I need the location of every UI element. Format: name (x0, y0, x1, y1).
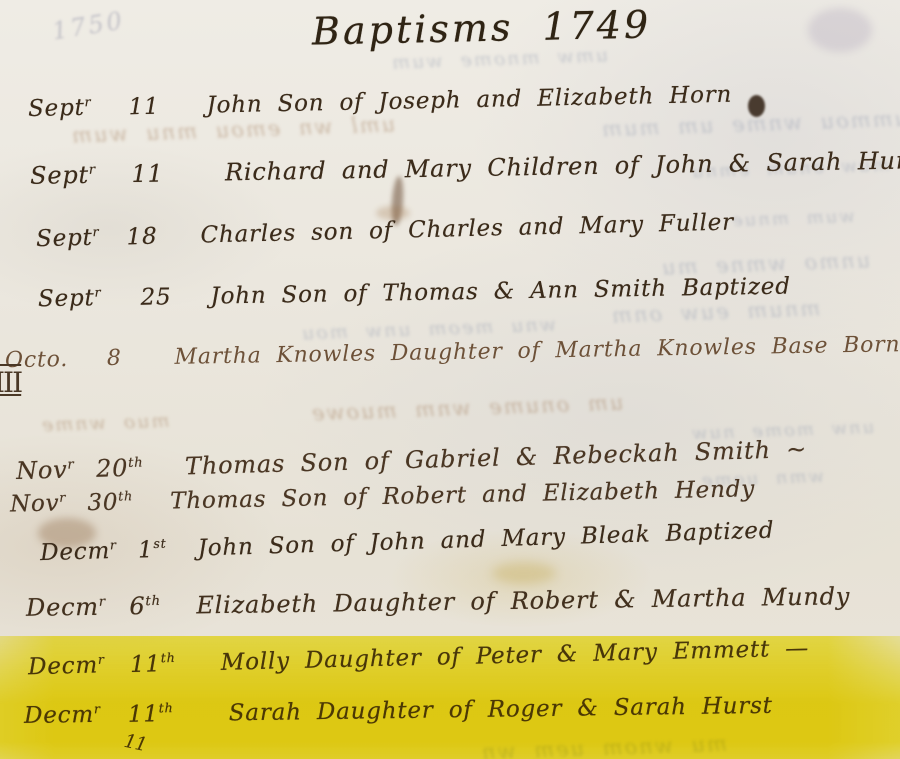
entry-month: Nov (10, 490, 60, 517)
entry-month-suffix: r (92, 224, 99, 239)
entry-month: Decm (26, 593, 99, 622)
entry-day: 11 (128, 93, 159, 120)
entry-month-suffix: r (59, 490, 66, 505)
page-title: Baptisms 1749 (312, 2, 652, 53)
entry-day: 11 (131, 159, 164, 188)
entry-month-suffix: r (94, 284, 101, 299)
entry-month-suffix: r (99, 595, 106, 610)
entry-month-suffix: r (89, 163, 96, 178)
entry-day-suffix: st (153, 536, 167, 551)
entry-day: 11 (130, 651, 162, 678)
entry-day-suffix: th (118, 488, 133, 503)
entry-month-suffix: r (84, 94, 91, 109)
entry-day: 20 (96, 454, 129, 483)
entry-day: 8 (107, 346, 122, 371)
entry-day: 1 (138, 537, 154, 563)
bottom-partial-mark: 11 (122, 730, 148, 756)
entry-day: 30 (87, 489, 118, 516)
entry-month: Sept (30, 161, 89, 190)
entry-day-suffix: th (159, 700, 174, 715)
entry-day: 18 (126, 223, 158, 250)
entry-month: Decm (24, 702, 94, 729)
entry-day: 25 (140, 284, 171, 311)
entry-month: Sept (36, 225, 93, 252)
margin-roman-numeral: III (0, 366, 21, 399)
entry-month: Decm (40, 538, 111, 566)
entry-month: Sept (28, 95, 85, 122)
entry-month-suffix: r (67, 457, 75, 472)
entry-month: Sept (38, 285, 95, 312)
entry-day: 6 (129, 592, 145, 620)
entry-day: 11 (128, 701, 159, 727)
entry-month: Nov (16, 456, 68, 485)
entry-month-suffix: r (94, 701, 101, 716)
entry-day-suffix: th (128, 455, 144, 470)
entry-day-suffix: th (145, 594, 161, 609)
entry-month-suffix: r (110, 537, 117, 552)
entry-day-suffix: th (161, 650, 176, 665)
entry-month-suffix: r (98, 652, 105, 667)
entry-month: Decm (28, 652, 99, 680)
